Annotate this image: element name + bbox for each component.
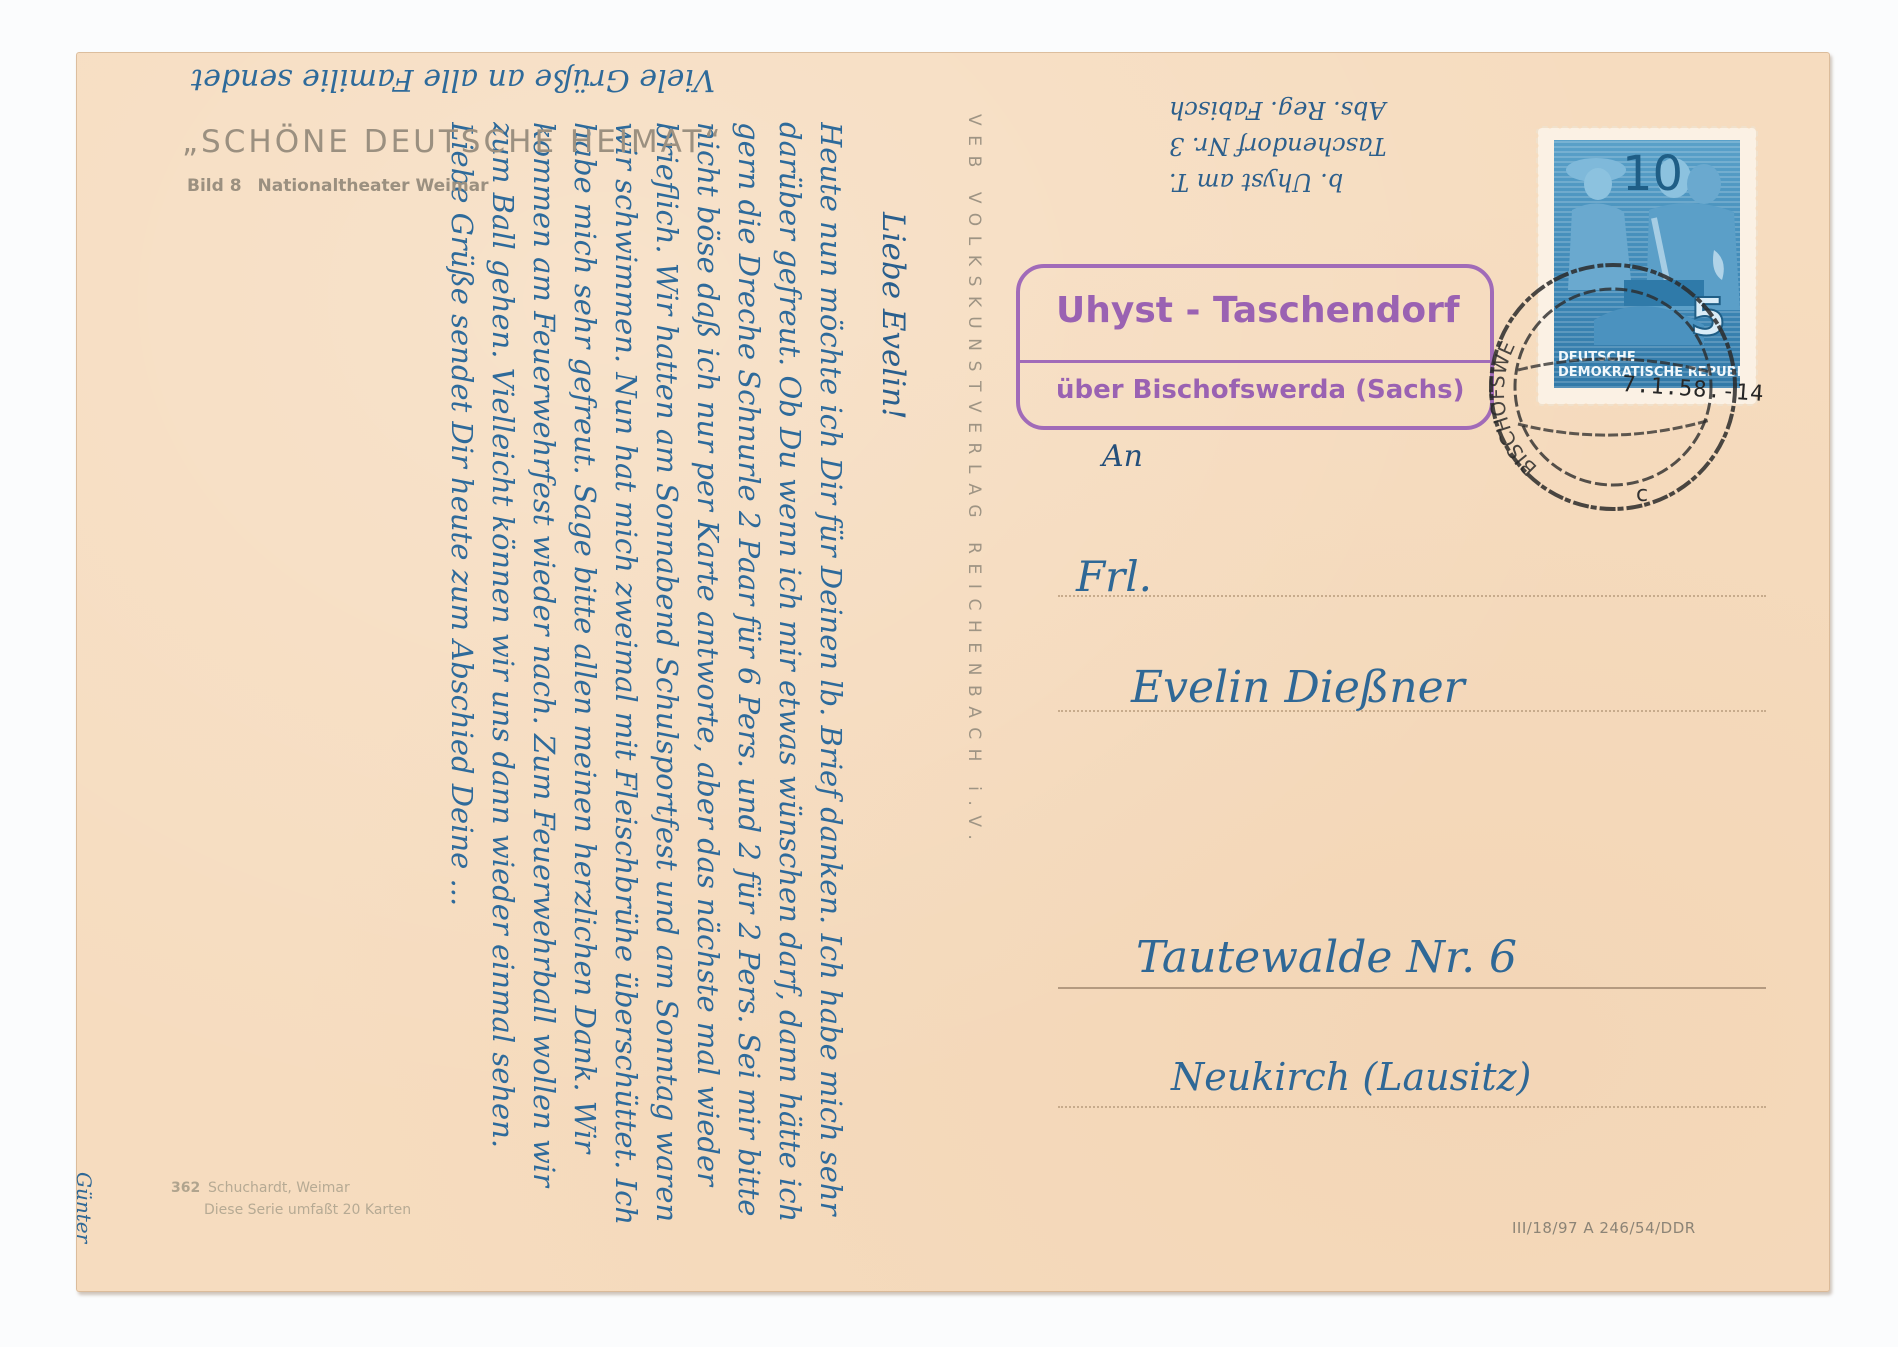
recipient-town: Neukirch (Lausitz) [1171,1055,1531,1099]
picture-caption: Bild 8Nationaltheater Weimar [187,176,489,196]
recipient-street: Tautewalde Nr. 6 [1136,932,1517,983]
rubber-stamp-place: Uhyst - Taschendorf [1056,290,1460,331]
rubber-stamp-route: über Bischofswerda (Sachs) [1056,375,1465,405]
address-line-1 [1058,595,1766,597]
message-closing: Günter [76,1172,96,1243]
stamp-denomination: 10 [1622,146,1683,202]
series-title: „SCHÖNE DEUTSCHE HEIMAT“ [182,124,723,160]
series-count-note: Diese Serie umfaßt 20 Karten [204,1202,411,1218]
postscript-upside-down: Viele Grüße an alle Familie sendet [191,62,715,97]
address-line-4 [1058,1106,1766,1108]
sender-note-line: Abs. Reg. Fabisch [1169,92,1387,128]
postage-stamp: 10 5 DEUTSCHE DEMOKRATISCHE REPUBLIK [1538,128,1756,404]
stamp-face: 10 5 DEUTSCHE DEMOKRATISCHE REPUBLIK [1554,140,1740,388]
message-greeting: Liebe Evelin! [875,212,911,420]
handwritten-message: Heute nun möchte ich Dir für Deinen lb. … [101,122,911,1242]
postcard: Heute nun möchte ich Dir für Deinen lb. … [76,52,1830,1292]
picture-title: Nationaltheater Weimar [258,176,489,196]
address-salutation: Frl. [1076,552,1152,601]
sender-note-line: b. Uhyst am T. [1169,164,1387,200]
scan-background: Heute nun möchte ich Dir für Deinen lb. … [0,0,1898,1347]
print-code: III/18/97 A 246/54/DDR [1512,1219,1696,1237]
stamp-country-line1: DEUTSCHE [1558,350,1740,365]
address-prefix: An [1102,439,1143,474]
card-number: 362 [171,1180,200,1196]
rubber-stamp-divider [1020,360,1490,363]
postmark-sub-letter: c [1636,482,1648,507]
sender-note-line: Taschendorf Nr. 3 [1169,128,1387,164]
recipient-name: Evelin Dießner [1131,662,1465,713]
picture-number: Bild 8 [187,176,242,196]
publisher-vertical-text: VEB VOLKSKUNSTVERLAG REICHENBACH i.V. [956,114,984,1224]
sender-note: b. Uhyst am T. Taschendorf Nr. 3 Abs. Re… [1169,92,1387,200]
photographer-credit: Schuchardt, Weimar [208,1180,350,1196]
message-body: Heute nun möchte ich Dir für Deinen lb. … [121,122,851,1232]
stamp-plan-number: 5 [1690,288,1726,348]
rubber-stamp: Uhyst - Taschendorf über Bischofswerda (… [1016,264,1494,430]
address-line-3 [1058,987,1766,989]
